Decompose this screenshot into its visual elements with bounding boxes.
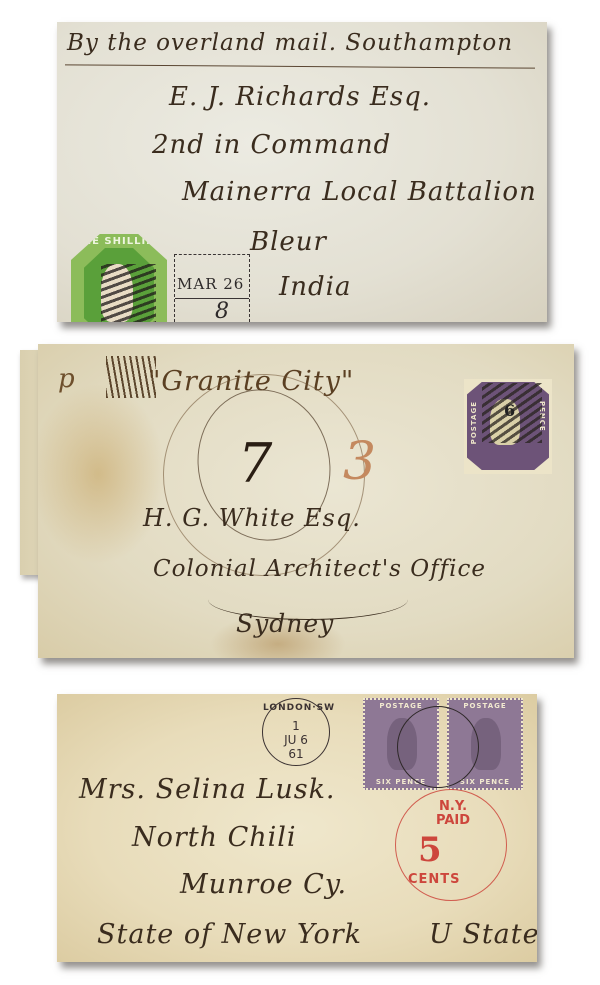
postmark-date: 1 JU 6 61 bbox=[263, 719, 329, 761]
address-line: Mrs. Selina Lusk. bbox=[79, 774, 336, 805]
handstamp-text: N.Y. PAID bbox=[436, 800, 470, 828]
route-endorsement: By the overland mail. Southampton bbox=[67, 30, 513, 56]
address-line: North Chili bbox=[132, 822, 297, 853]
address-line: State of New York bbox=[97, 919, 362, 950]
due-marking: 7 bbox=[238, 432, 273, 495]
underline bbox=[65, 64, 535, 68]
ny-paid-handstamp: N.Y. PAID 5 CENTS bbox=[395, 789, 507, 901]
red-marking: 3 bbox=[343, 432, 377, 492]
per-endorsement: p bbox=[58, 364, 76, 394]
barred-cancel bbox=[101, 264, 156, 322]
handstamp-value: 5 bbox=[418, 830, 442, 870]
address-line: Sydney bbox=[236, 609, 334, 638]
address-line: U States bbox=[429, 919, 537, 950]
one-shilling-stamp: ONE SHILLING bbox=[71, 234, 167, 322]
address-line: Munroe Cy. bbox=[180, 869, 347, 900]
six-pence-embossed-stamp: POSTAGE PENCE 6 bbox=[464, 379, 552, 474]
address-line: Mainerra Local Battalion bbox=[182, 177, 537, 207]
boxed-datestamp: MAR 26 8 bbox=[174, 254, 250, 322]
address-line: 2nd in Command bbox=[152, 130, 391, 160]
postmark-arc: LONDON·SW bbox=[263, 703, 329, 713]
stamp-label: POSTAGE bbox=[449, 702, 521, 710]
london-postmark: LONDON·SW 1 JU 6 61 bbox=[262, 698, 330, 766]
datestamp-number: 8 bbox=[215, 299, 229, 322]
cancel-number: 6 bbox=[504, 401, 515, 420]
handstamp-text: CENTS bbox=[408, 872, 461, 887]
numeral-cancel: 6 bbox=[482, 383, 542, 443]
stamp-label: ONE SHILLING bbox=[71, 236, 167, 247]
stamp-label: POSTAGE bbox=[470, 401, 478, 444]
london-postmark-tie bbox=[397, 706, 479, 788]
cover-3-new-york: LONDON·SW 1 JU 6 61 POSTAGE SIX PENCE PO… bbox=[57, 694, 537, 962]
address-line: Bleur bbox=[250, 227, 327, 257]
address-line: H. G. White Esq. bbox=[143, 504, 361, 532]
datestamp-date: MAR 26 bbox=[177, 275, 244, 293]
address-line: Colonial Architect's Office bbox=[153, 556, 486, 582]
cover-2-sydney: p "Granite City" 7 3 H. G. White Esq. Co… bbox=[38, 344, 574, 658]
cover-1-india: By the overland mail. Southampton E. J. … bbox=[57, 22, 547, 322]
address-line: India bbox=[279, 272, 351, 302]
address-line: E. J. Richards Esq. bbox=[169, 82, 431, 112]
